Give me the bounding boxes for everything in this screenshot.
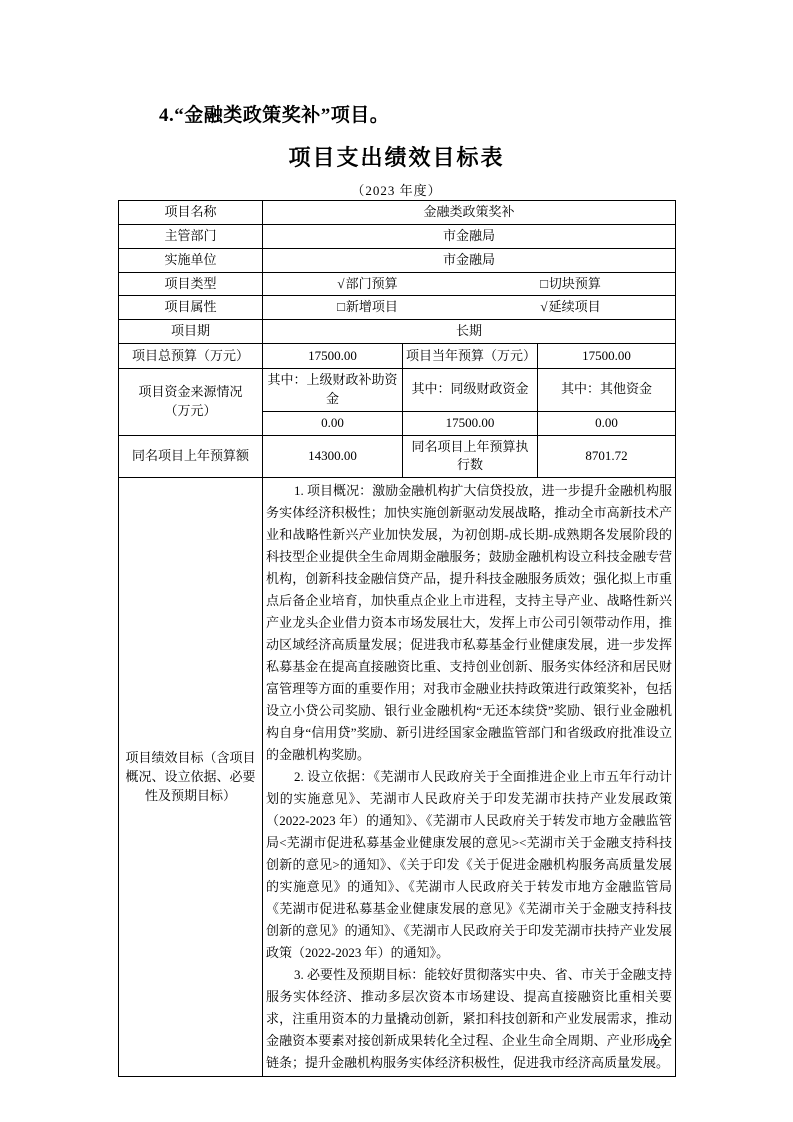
prev-year-execution-label: 同名项目上年预算执行数 <box>403 435 538 478</box>
implement-unit-value: 市金融局 <box>263 248 676 272</box>
row-implement-unit: 实施单位 市金融局 <box>119 248 676 272</box>
option-continuing-project: √延续项目 <box>469 298 672 317</box>
option-new-project: □新增项目 <box>266 298 469 317</box>
page-number: 27 <box>654 1036 667 1052</box>
funding-same-level-value: 17500.00 <box>403 411 538 435</box>
project-type-label: 项目类型 <box>119 272 263 296</box>
funding-source-label-line1: 项目资金来源情况 <box>122 383 259 402</box>
project-period-label: 项目期 <box>119 320 263 344</box>
funding-source-label-line2: （万元） <box>122 402 259 421</box>
checkbox-unchecked-icon: □ <box>337 299 345 314</box>
project-attribute-options: □新增项目 √延续项目 <box>263 296 676 320</box>
annual-budget-label: 项目当年预算（万元） <box>403 344 538 369</box>
document-page: 4.“金融类政策奖补”项目。 项目支出绩效目标表 （2023 年度） 项目名称 … <box>0 0 793 1122</box>
funding-same-level-header: 其中：同级财政资金 <box>403 369 538 412</box>
project-name-value: 金融类政策奖补 <box>263 201 676 225</box>
table-title: 项目支出绩效目标表 <box>0 141 793 172</box>
prev-year-budget-label: 同名项目上年预算额 <box>119 435 263 478</box>
option-label: 新增项目 <box>346 299 398 314</box>
option-label: 切块预算 <box>549 276 601 291</box>
prev-year-budget-value: 14300.00 <box>263 435 403 478</box>
department-label: 主管部门 <box>119 224 263 248</box>
option-department-budget: √部门预算 <box>266 275 469 294</box>
project-period-value: 长期 <box>263 320 676 344</box>
funding-source-label: 项目资金来源情况 （万元） <box>119 369 263 436</box>
checkbox-checked-icon: √ <box>540 299 547 314</box>
row-project-name: 项目名称 金融类政策奖补 <box>119 201 676 225</box>
checkbox-checked-icon: √ <box>337 276 344 291</box>
project-type-options: √部门预算 □切块预算 <box>263 272 676 296</box>
row-previous-year: 同名项目上年预算额 14300.00 同名项目上年预算执行数 8701.72 <box>119 435 676 478</box>
option-block-budget: □切块预算 <box>469 275 672 294</box>
department-value: 市金融局 <box>263 224 676 248</box>
row-department: 主管部门 市金融局 <box>119 224 676 248</box>
section-heading: 4.“金融类政策奖补”项目。 <box>159 100 389 127</box>
row-project-type: 项目类型 √部门预算 □切块预算 <box>119 272 676 296</box>
row-project-attribute: 项目属性 □新增项目 √延续项目 <box>119 296 676 320</box>
funding-other-header: 其中：其他资金 <box>538 369 676 412</box>
prev-year-execution-value: 8701.72 <box>538 435 676 478</box>
funding-other-value: 0.00 <box>538 411 676 435</box>
table-subtitle: （2023 年度） <box>0 180 793 199</box>
performance-target-content: 1. 项目概况：激励金融机构扩大信贷投放，进一步提升金融机构服务实体经济积极性；… <box>263 478 676 1077</box>
total-budget-label: 项目总预算（万元） <box>119 344 263 369</box>
row-funding-source-headers: 项目资金来源情况 （万元） 其中：上级财政补助资金 其中：同级财政资金 其中：其… <box>119 369 676 412</box>
row-project-period: 项目期 长期 <box>119 320 676 344</box>
row-performance-target: 项目绩效目标（含项目概况、设立依据、必要性及预期目标） 1. 项目概况：激励金融… <box>119 478 676 1077</box>
checkbox-unchecked-icon: □ <box>540 276 548 291</box>
funding-superior-header: 其中：上级财政补助资金 <box>263 369 403 412</box>
annual-budget-value: 17500.00 <box>538 344 676 369</box>
implement-unit-label: 实施单位 <box>119 248 263 272</box>
performance-paragraph-necessity: 3. 必要性及预期目标：能较好贯彻落实中央、省、市关于金融支持服务实体经济、推动… <box>266 964 672 1074</box>
option-label: 延续项目 <box>549 299 601 314</box>
performance-target-label: 项目绩效目标（含项目概况、设立依据、必要性及预期目标） <box>119 478 263 1077</box>
funding-superior-value: 0.00 <box>263 411 403 435</box>
performance-paragraph-basis: 2. 设立依据：《芜湖市人民政府关于全面推进企业上市五年行动计划的实施意见》、芜… <box>266 766 672 964</box>
project-attribute-label: 项目属性 <box>119 296 263 320</box>
performance-target-table: 项目名称 金融类政策奖补 主管部门 市金融局 实施单位 市金融局 项目类型 √部… <box>118 200 676 1077</box>
performance-paragraph-overview: 1. 项目概况：激励金融机构扩大信贷投放，进一步提升金融机构服务实体经济积极性；… <box>266 480 672 766</box>
option-label: 部门预算 <box>346 276 398 291</box>
total-budget-value: 17500.00 <box>263 344 403 369</box>
project-name-label: 项目名称 <box>119 201 263 225</box>
row-budget: 项目总预算（万元） 17500.00 项目当年预算（万元） 17500.00 <box>119 344 676 369</box>
